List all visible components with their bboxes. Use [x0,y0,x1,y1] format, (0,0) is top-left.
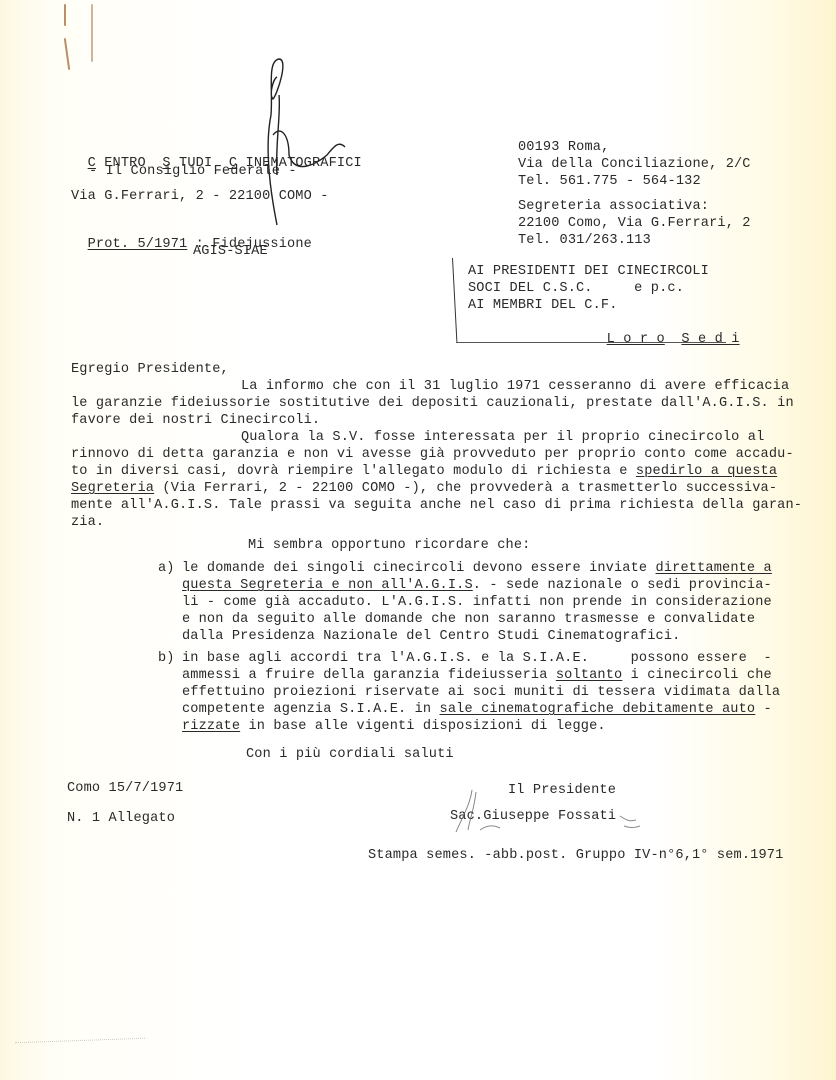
paragraph-2-line6: zia. [71,514,104,531]
underlined-text: Segreteria [71,481,154,496]
text: - [755,702,772,717]
text: i cinecircoli che [622,668,772,683]
sedi-text: S e d i [681,332,739,347]
underlined-text: spedirlo a questa [636,464,777,479]
paragraph-1-line3: favore dei nostri Cinecircoli. [71,412,320,429]
paragraph-2-line4: Segreteria (Via Ferrari, 2 - 22100 COMO … [71,480,777,497]
underlined-text: direttamente a [656,561,772,576]
protocol-subject-2: AGIS-SIAE [193,243,268,260]
protocol-line: Prot. 5/1971 : Fidejussione [71,219,312,253]
paragraph-2-line2: rinnovo di detta garanzia e non vi avess… [71,446,794,463]
staple-stain [64,4,66,26]
paragraph-3: Mi sembra opportuno ricordare che: [248,537,530,554]
scan-artifact [15,1038,145,1044]
loro-text: L o r o [607,332,665,347]
recipients-line2: SOCI DEL C.S.C. e p.c. [468,280,684,297]
item-a-line4: e non da seguito alle domande che non sa… [182,611,755,628]
roma-office-line1: 00193 Roma, [518,139,609,156]
council-name: - Il Consiglio Federale - [89,163,297,180]
item-b-line5: rizzate in base alle vigenti disposizion… [182,718,606,735]
text: (Via Ferrari, 2 - 22100 COMO -), che pro… [154,481,777,496]
handwritten-signature [440,790,660,840]
paragraph-2-line1: Qualora la S.V. fosse interessata per il… [241,429,764,446]
item-b-line2: ammessi a fruire della garanzia fideiuss… [182,667,772,684]
attachments-count: N. 1 Allegato [67,810,175,827]
paragraph-1-line1: La informo che con il 31 luglio 1971 ces… [241,378,789,395]
org-address: Via G.Ferrari, 2 - 22100 COMO - [71,188,329,205]
postal-note: Stampa semes. -abb.post. Gruppo IV-n°6,1… [368,847,783,864]
text: le domande dei singoli cinecircoli devon… [182,561,656,576]
underlined-text: questa Segreteria e non all'A.G.I.S [182,578,473,593]
underlined-text: sale cinematografiche debitamente auto [440,702,756,717]
secretariat-line1: Segreteria associativa: [518,198,709,215]
item-b-marker: b) [158,650,175,667]
staple-stain [91,4,93,62]
secretariat-line2: 22100 Como, Via G.Ferrari, 2 [518,215,751,232]
recipients-line4: L o r o S e d i [590,314,740,348]
roma-office-line3: Tel. 561.775 - 564-132 [518,173,701,190]
underlined-text: rizzate [182,719,240,734]
item-a-marker: a) [158,560,175,577]
text: to in diversi casi, dovrà riempire l'all… [71,464,636,479]
text: . - sede nazionale o sedi provincia- [473,578,772,593]
item-b-line3: effettuino proiezioni riservate ai soci … [182,684,780,701]
text: competente agenzia S.I.A.E. in [182,702,440,717]
staple-stain [64,38,70,70]
letter-date: Como 15/7/1971 [67,780,183,797]
protocol-number: Prot. 5/1971 [88,237,188,252]
paragraph-2-line3: to in diversi casi, dovrà riempire l'all… [71,463,777,480]
salutation: Egregio Presidente, [71,361,229,378]
item-a-line5: dalla Presidenza Nazionale del Centro St… [182,628,680,645]
item-b-line4: competente agenzia S.I.A.E. in sale cine… [182,701,772,718]
secretariat-line3: Tel. 031/263.113 [518,232,651,249]
item-a-line2: questa Segreteria e non all'A.G.I.S. - s… [182,577,772,594]
recipients-line3: AI MEMBRI DEL C.F. [468,297,618,314]
item-b-line1: in base agli accordi tra l'A.G.I.S. e la… [182,650,772,667]
paragraph-1-line2: le garanzie fideiussorie sostitutive dei… [71,395,794,412]
underlined-text: soltanto [556,668,622,683]
text: in base alle vigenti disposizioni di leg… [240,719,606,734]
recipient-box-border [452,258,457,342]
recipients-line1: AI PRESIDENTI DEI CINECIRCOLI [468,263,709,280]
roma-office-line2: Via della Conciliazione, 2/C [518,156,751,173]
paragraph-2-line5: mente all'A.G.I.S. Tale prassi va seguit… [71,497,802,514]
item-a-line1: le domande dei singoli cinecircoli devon… [182,560,772,577]
item-a-line3: li - come già accaduto. L'A.G.I.S. infat… [182,594,772,611]
text: ammessi a fruire della garanzia fideiuss… [182,668,556,683]
closing: Con i più cordiali saluti [246,746,454,763]
